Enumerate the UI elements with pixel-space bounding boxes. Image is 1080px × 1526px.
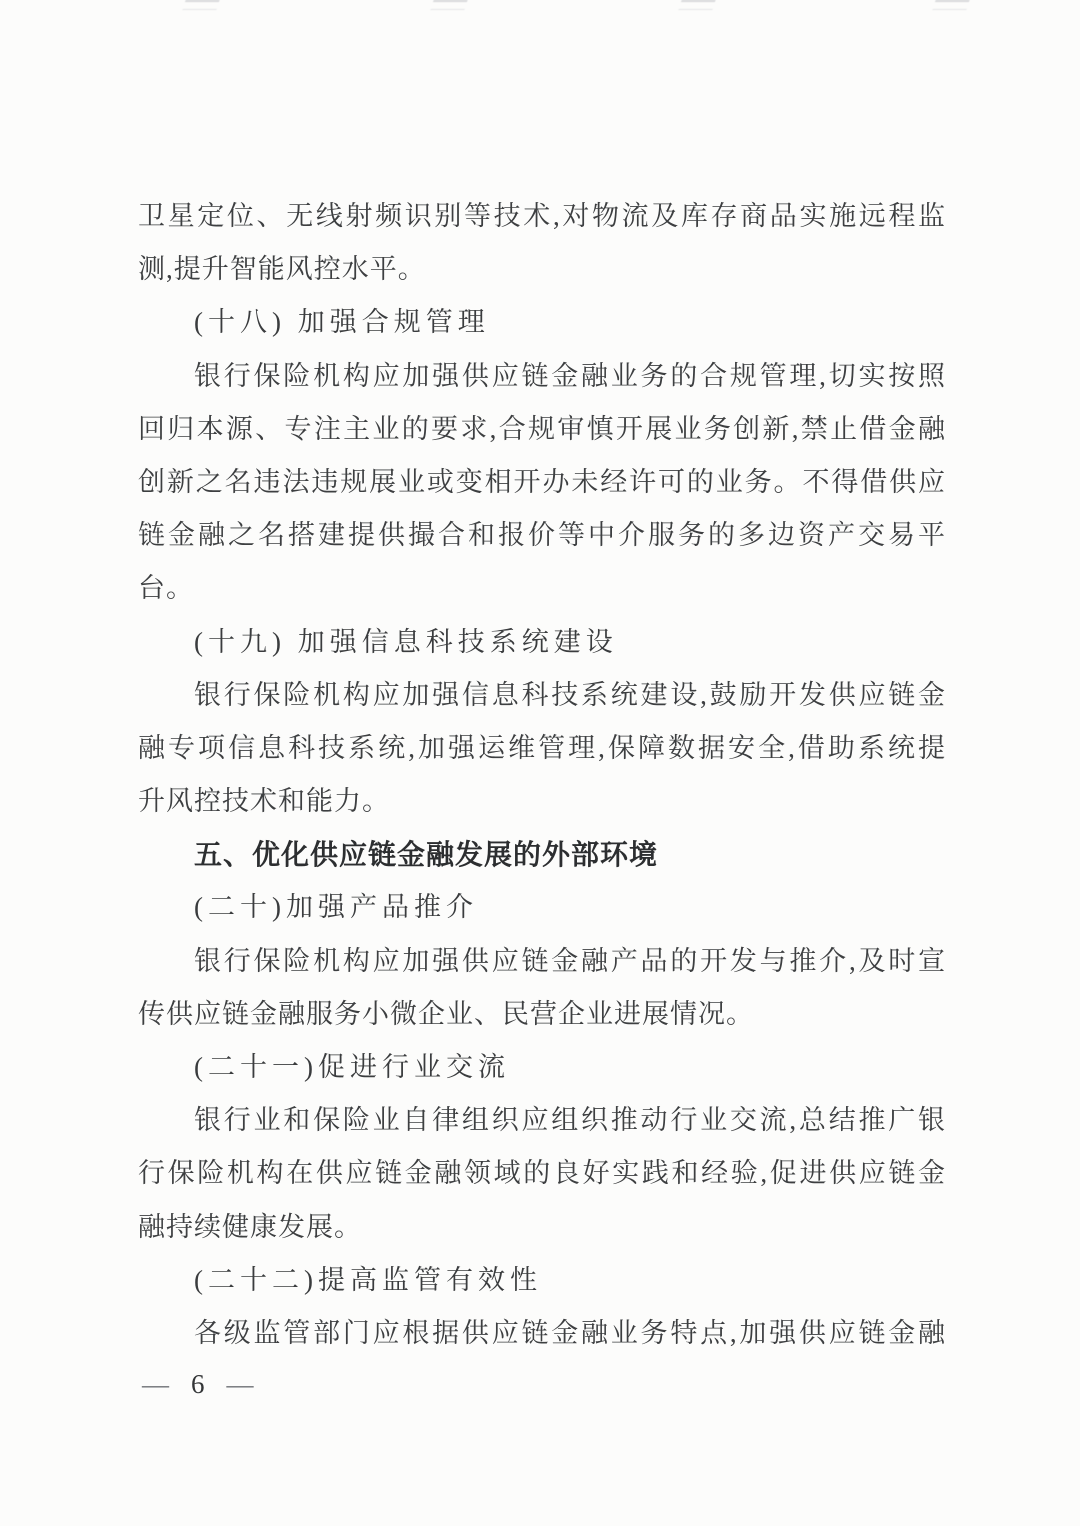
text-line: 链金融之名搭建提供撮合和报价等中介服务的多边资产交易平 [138,509,945,562]
text-line: 卫星定位、无线射频识别等技术,对物流及库存商品实施远程监 [138,190,945,243]
footer-right-dash: — [227,1369,254,1399]
text-line: (十八) 加强合规管理 [138,296,945,349]
document-page: 卫星定位、无线射频识别等技术,对物流及库存商品实施远程监测,提升智能风控水平。(… [0,0,1080,1526]
text-line: 升风控技术和能力。 [138,775,945,828]
text-line: 融专项信息科技系统,加强运维管理,保障数据安全,借助系统提 [138,722,945,775]
text-line: 融持续健康发展。 [138,1201,945,1254]
text-line: 行保险机构在供应链金融领域的良好实践和经验,促进供应链金 [138,1147,945,1200]
footer-left-dash: — [142,1369,169,1399]
text-line: 台。 [138,562,945,615]
page-footer: —6— [142,1364,254,1404]
text-line: 银行保险机构应加强信息科技系统建设,鼓励开发供应链金 [138,669,945,722]
text-block: 卫星定位、无线射频识别等技术,对物流及库存商品实施远程监测,提升智能风控水平。(… [138,190,945,1360]
text-line: (二十)加强产品推介 [138,881,945,934]
scan-artifact [678,0,715,10]
footer-page-number: 6 [191,1364,205,1404]
scan-artifact [430,0,467,10]
text-line: 银行保险机构应加强供应链金融产品的开发与推介,及时宣 [138,935,945,988]
text-line: (二十一)促进行业交流 [138,1041,945,1094]
text-line: (二十二)提高监管有效性 [138,1254,945,1307]
text-line: 银行业和保险业自律组织应组织推动行业交流,总结推广银 [138,1094,945,1147]
text-line: 回归本源、专注主业的要求,合规审慎开展业务创新,禁止借金融 [138,403,945,456]
scan-artifact [932,0,969,10]
text-line: 银行保险机构应加强供应链金融业务的合规管理,切实按照 [138,350,945,403]
text-line: (十九) 加强信息科技系统建设 [138,616,945,669]
scan-artifact [182,0,219,10]
text-line: 各级监管部门应根据供应链金融业务特点,加强供应链金融 [138,1307,945,1360]
text-line: 传供应链金融服务小微企业、民营企业进展情况。 [138,988,945,1041]
text-line: 创新之名违法违规展业或变相开办未经许可的业务。不得借供应 [138,456,945,509]
text-line: 测,提升智能风控水平。 [138,243,945,296]
text-line: 五、优化供应链金融发展的外部环境 [138,828,945,881]
